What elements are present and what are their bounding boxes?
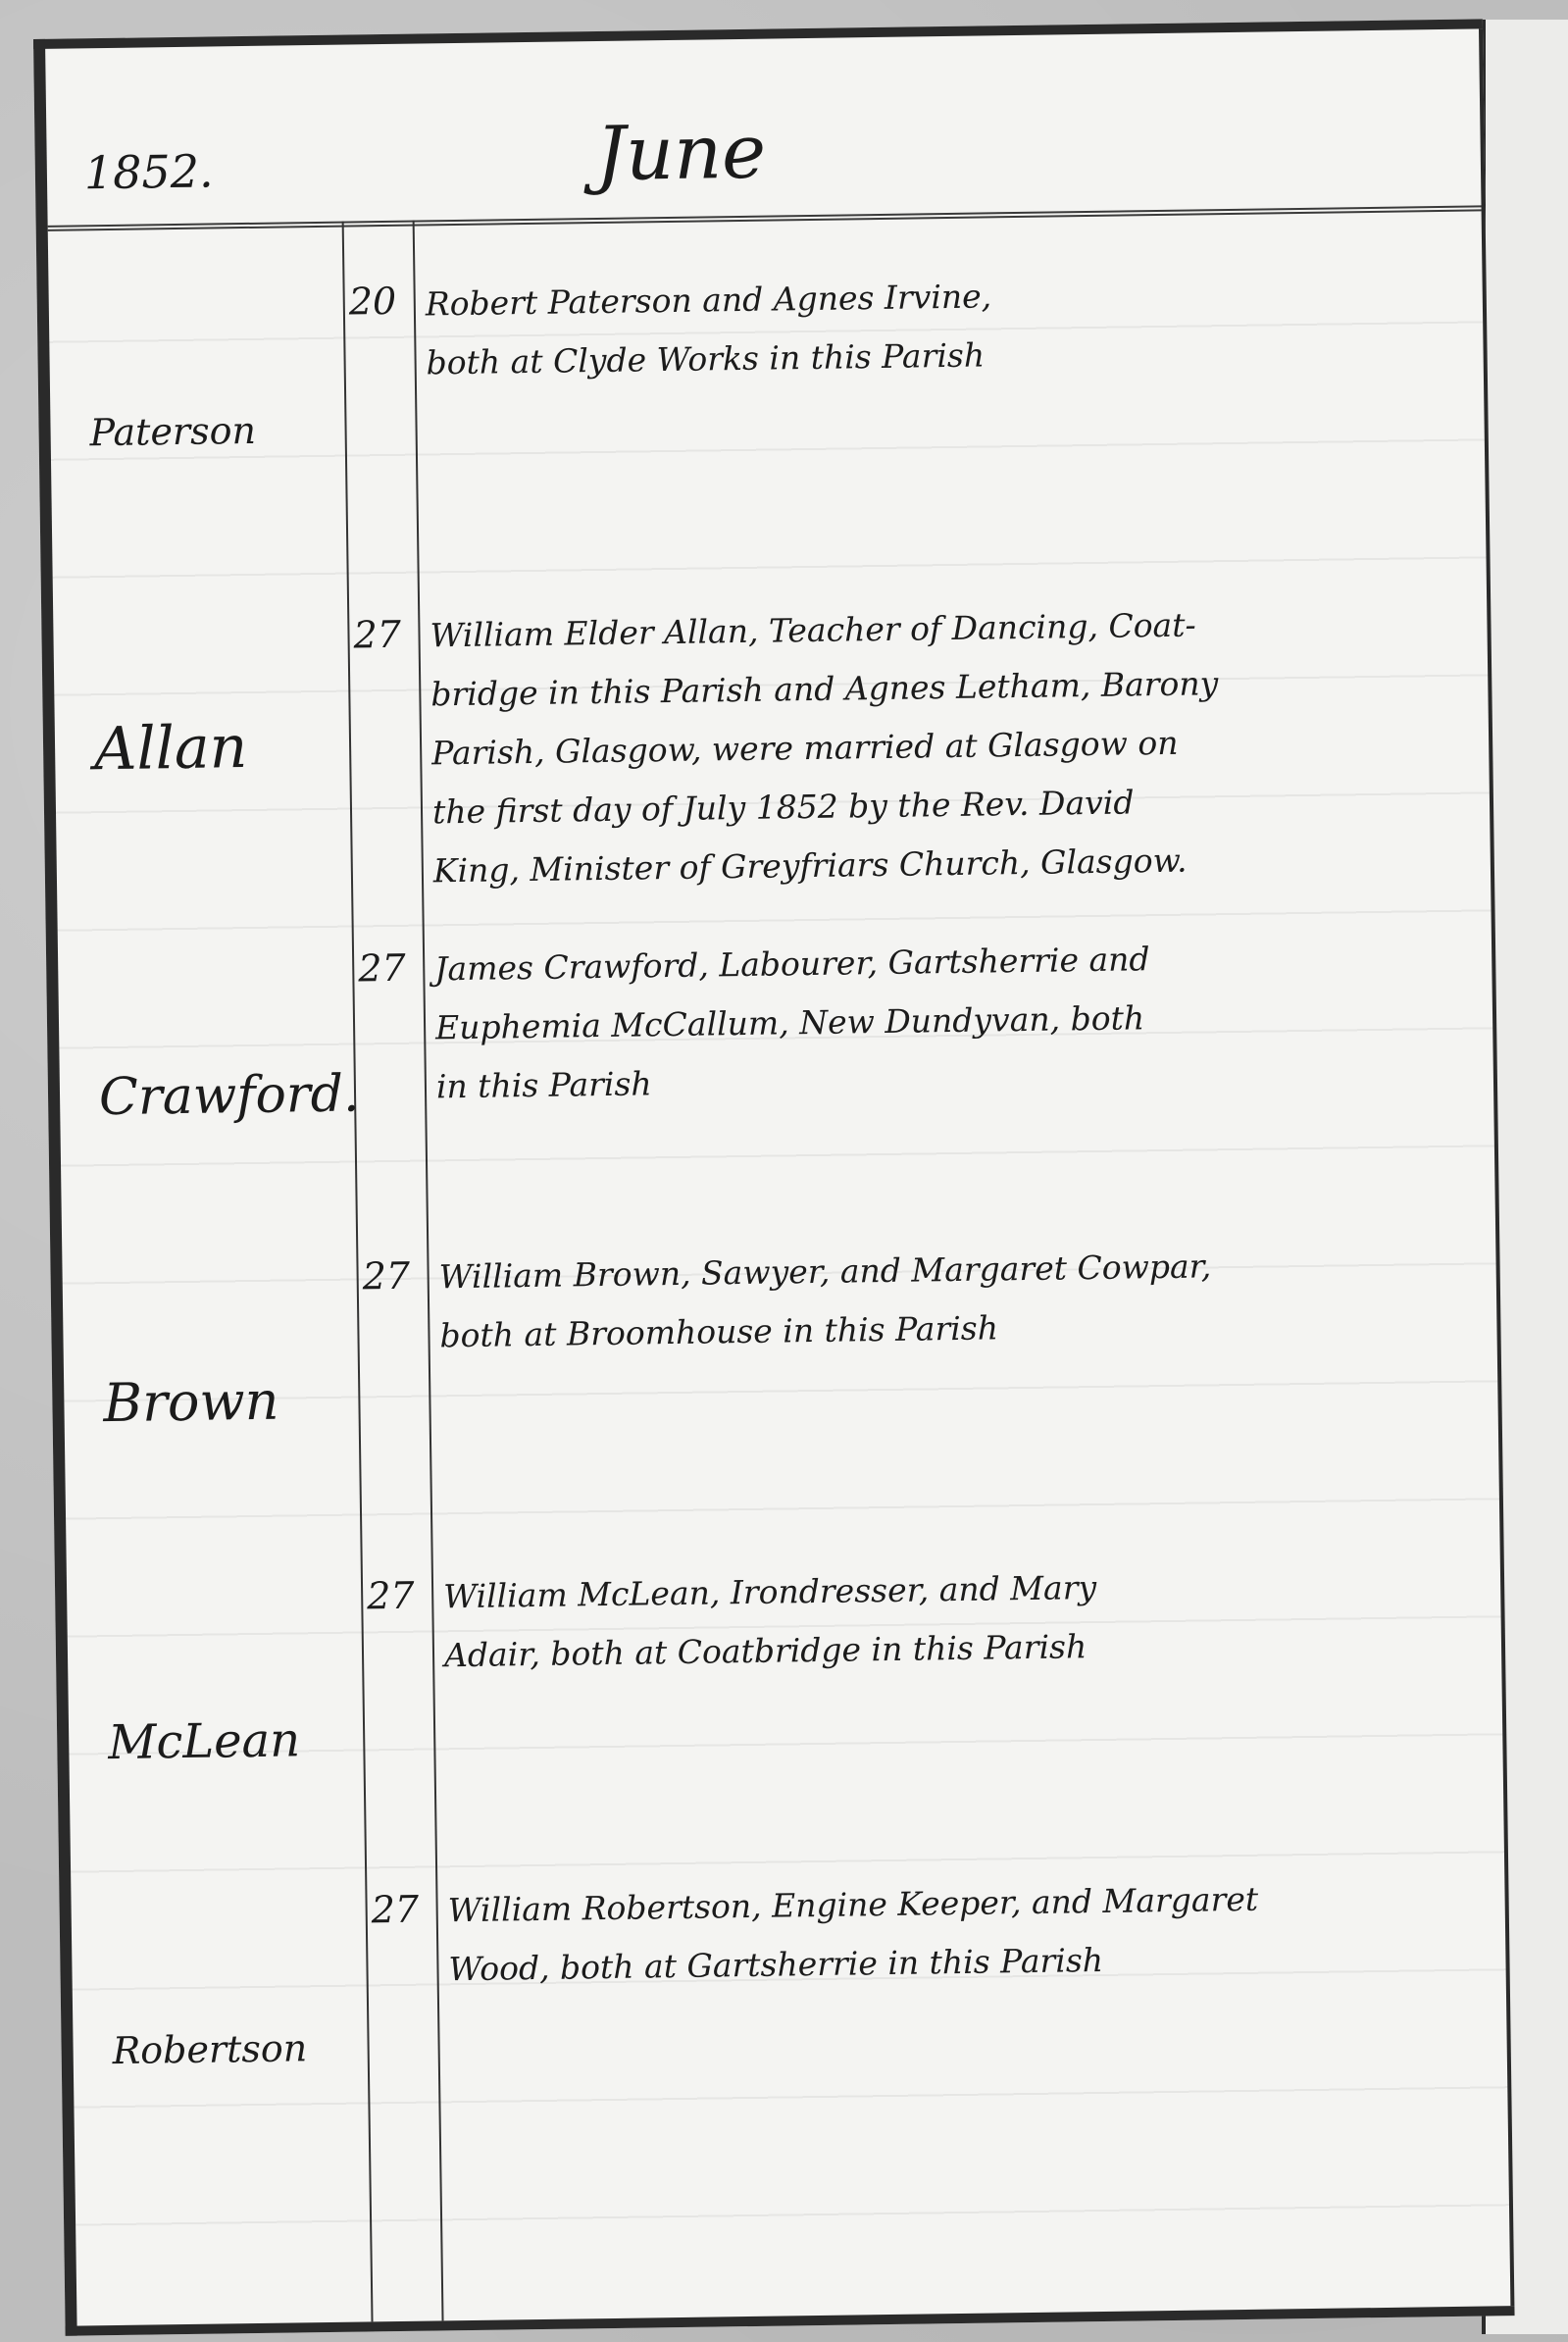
entry-day: 20 bbox=[348, 280, 396, 324]
entry-text: Robert Paterson and Agnes Irvine, both a… bbox=[425, 261, 1446, 393]
entry-day: 27 bbox=[371, 1888, 419, 1932]
entry-surname: Robertson bbox=[112, 2026, 307, 2072]
entry-text: William Robertson, Engine Keeper, and Ma… bbox=[447, 1867, 1469, 2000]
entry-surname: Brown bbox=[103, 1370, 279, 1434]
entry-text: William Brown, Sawyer, and Margaret Cowp… bbox=[438, 1234, 1460, 1366]
entry-text: William McLean, Irondresser, and Mary Ad… bbox=[443, 1553, 1465, 1686]
entry-day: 27 bbox=[358, 946, 406, 991]
entry-surname: Allan bbox=[94, 713, 248, 784]
entry-surname: Paterson bbox=[89, 409, 256, 454]
entry-day: 27 bbox=[353, 613, 401, 657]
register-page: 1852. June Paterson 20 Robert Paterson a… bbox=[33, 19, 1515, 2335]
entry-day: 27 bbox=[362, 1254, 410, 1298]
entry-surname: McLean bbox=[108, 1712, 301, 1770]
header-month: June bbox=[595, 108, 767, 197]
entry-day: 27 bbox=[367, 1574, 415, 1618]
entry-text: James Crawford, Labourer, Gartsherrie an… bbox=[434, 926, 1456, 1117]
page-header: 1852. June bbox=[45, 28, 1481, 230]
header-year: 1852. bbox=[84, 144, 214, 199]
entry-surname: Crawford. bbox=[99, 1064, 360, 1127]
entry-text: William Elder Allan, Teacher of Dancing,… bbox=[430, 592, 1453, 900]
